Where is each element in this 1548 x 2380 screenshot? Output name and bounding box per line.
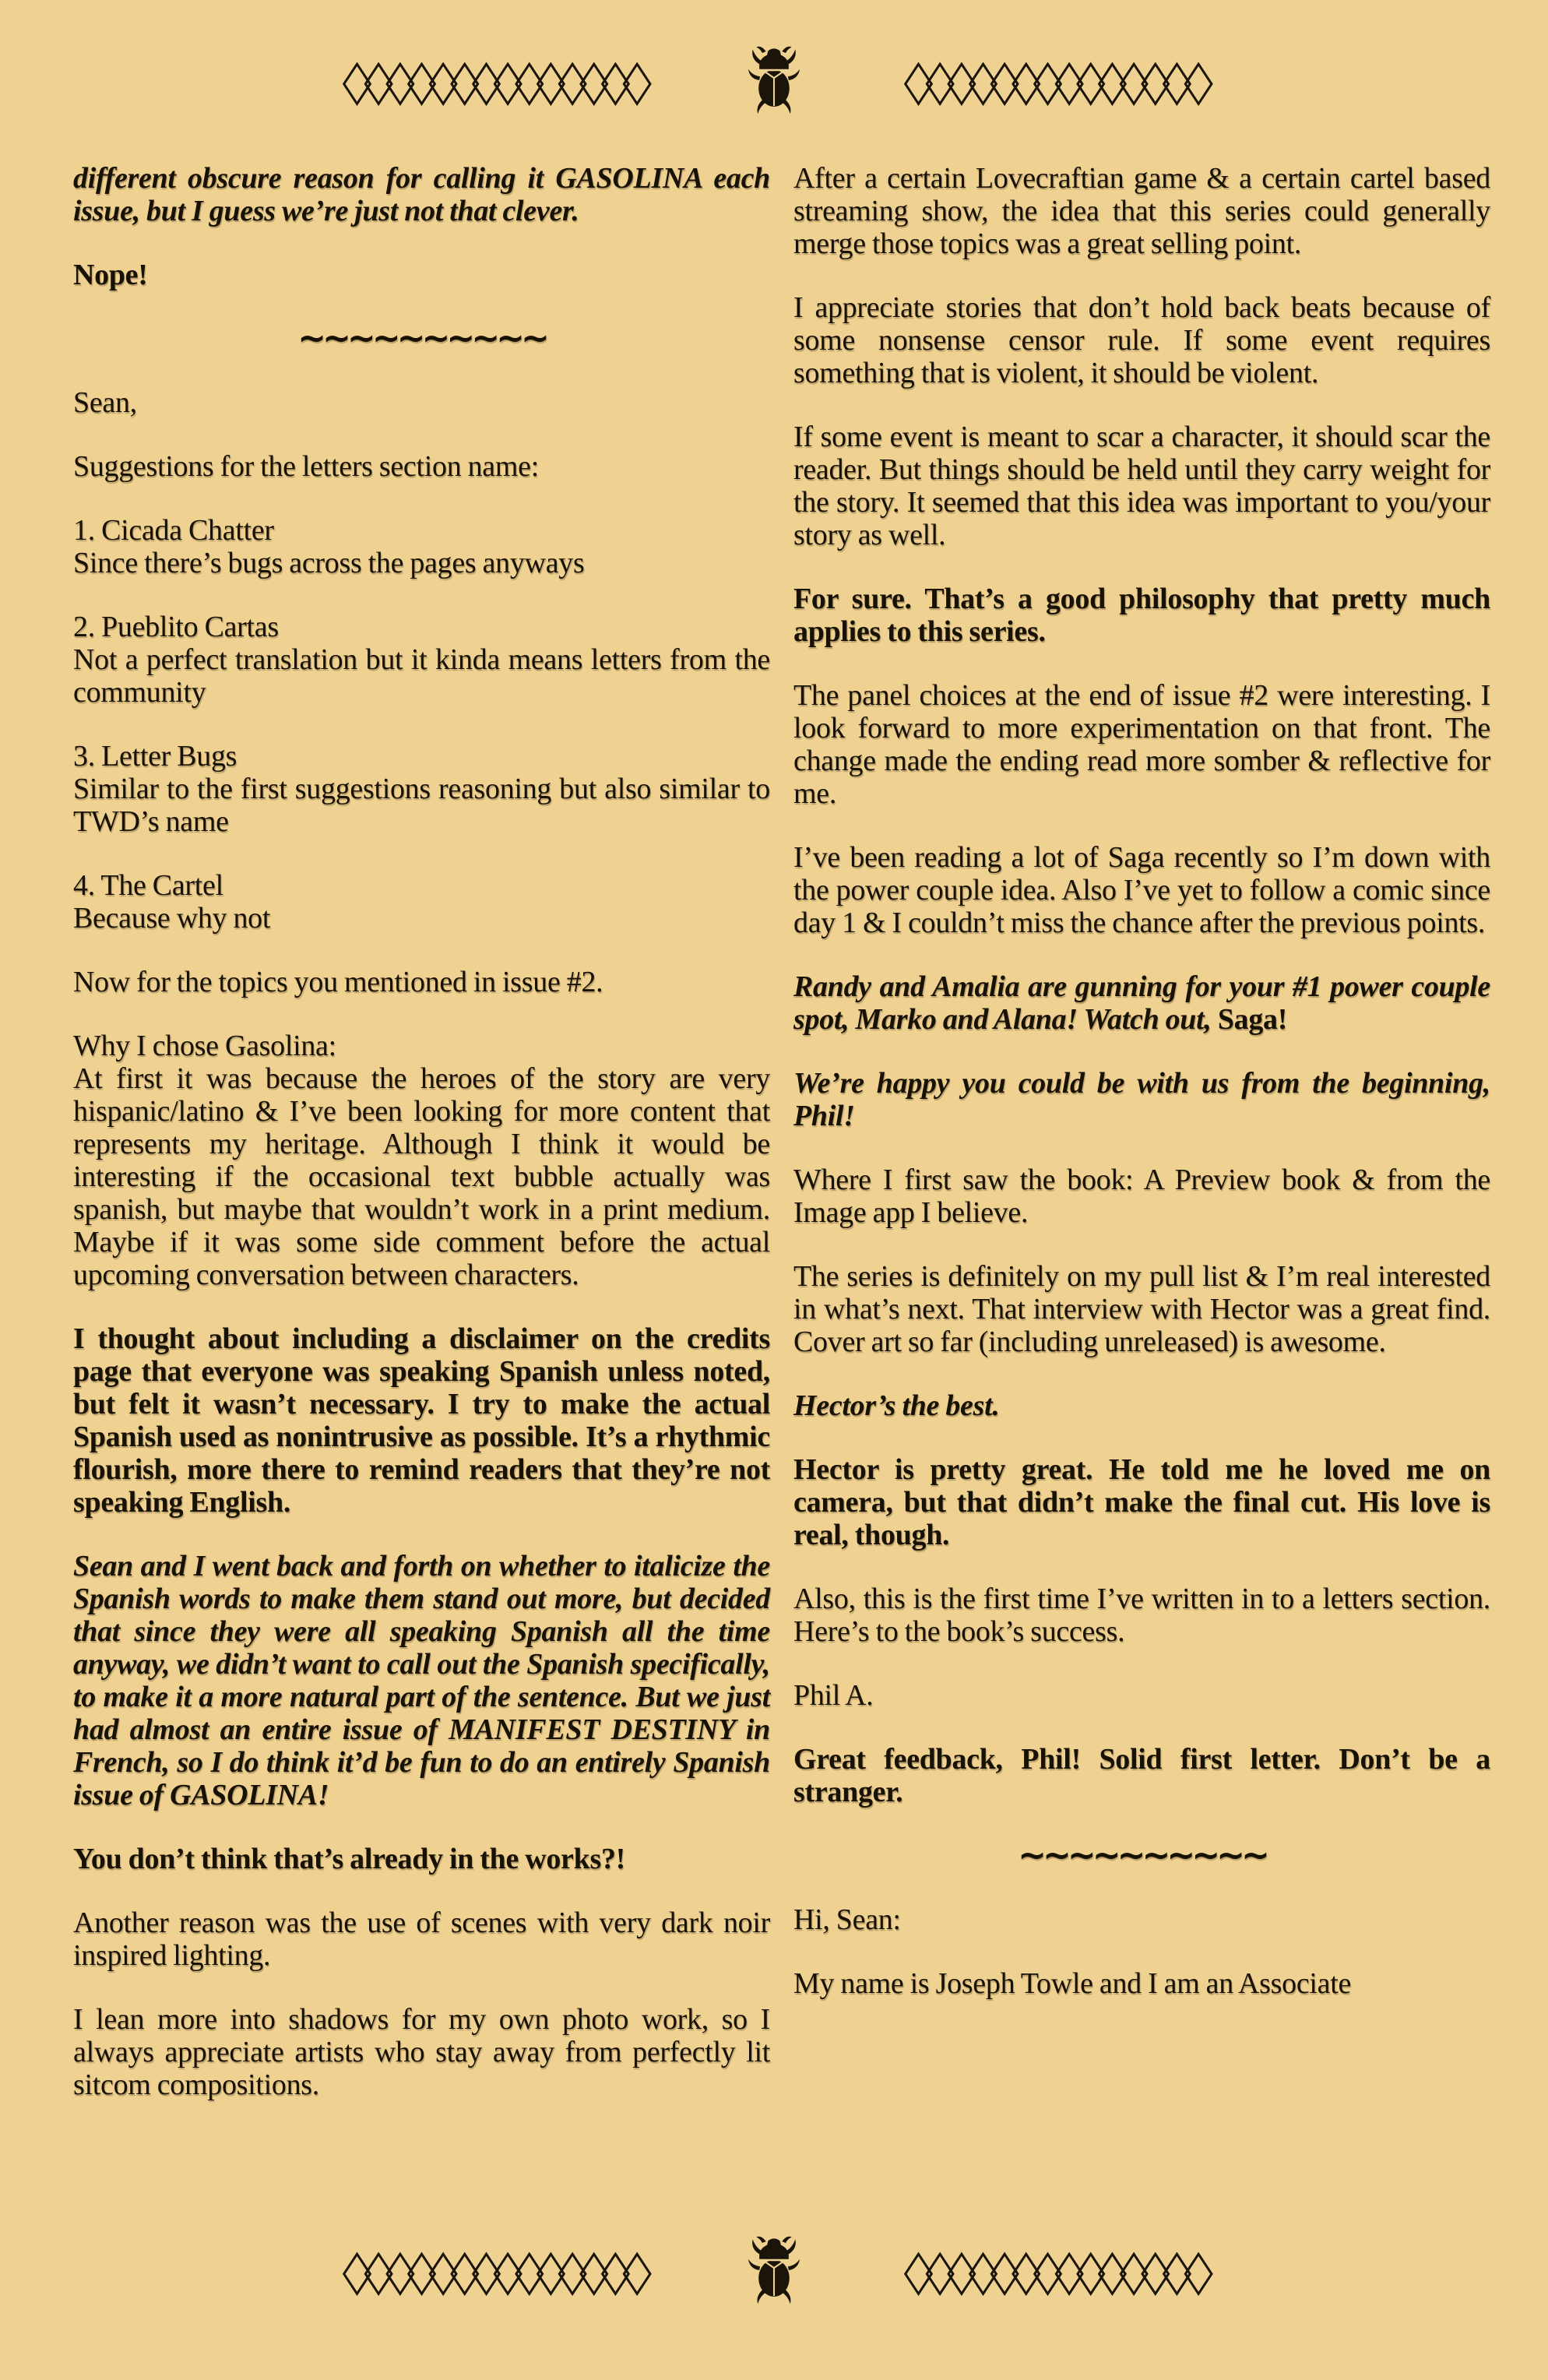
letter-paragraph: 3. Letter BugsSimilar to the first sugge… xyxy=(73,740,770,838)
letter-paragraph: 4. The CartelBecause why not xyxy=(73,869,770,935)
diamond-chain-right: ◇◇◇◇◇◇◇◇◇◇◇◇◇◇ xyxy=(904,51,1205,108)
diamond-chain-left: ◇◇◇◇◇◇◇◇◇◇◇◇◇◇ xyxy=(343,51,644,108)
letter-paragraph: The panel choices at the end of issue #2… xyxy=(793,679,1490,810)
left-column: different obscure reason for calling it … xyxy=(73,162,770,2132)
letter-paragraph: Phil A. xyxy=(793,1679,1490,1712)
bottom-border: ◇◇◇◇◇◇◇◇◇◇◇◇◇◇ ◇◇◇◇◇◇◇◇◇◇◇◇◇◇ xyxy=(0,2234,1548,2305)
letter-paragraph: 1. Cicada ChatterSince there’s bugs acro… xyxy=(73,514,770,579)
letter-paragraph: Hector is pretty great. He told me he lo… xyxy=(793,1453,1490,1551)
letter-paragraph: Randy and Amalia are gunning for your #1… xyxy=(793,970,1490,1036)
letter-paragraph: My name is Joseph Towle and I am an Asso… xyxy=(793,1967,1490,2000)
letter-paragraph: Great feedback, Phil! Solid first letter… xyxy=(793,1743,1490,1808)
letter-paragraph: Also, this is the first time I’ve writte… xyxy=(793,1583,1490,1648)
letters-section: different obscure reason for calling it … xyxy=(73,162,1491,2132)
letter-paragraph: Sean and I went back and forth on whethe… xyxy=(73,1550,770,1811)
letter-paragraph: I thought about including a disclaimer o… xyxy=(73,1322,770,1519)
section-divider: ~~~~~~~~~~ xyxy=(73,322,770,355)
letter-paragraph: Sean, xyxy=(73,386,770,419)
letter-paragraph: Hi, Sean: xyxy=(793,1903,1490,1936)
letter-paragraph: I’ve been reading a lot of Saga recently… xyxy=(793,841,1490,939)
scarab-beetle-icon xyxy=(748,44,800,115)
diamond-chain-left: ◇◇◇◇◇◇◇◇◇◇◇◇◇◇ xyxy=(343,2241,644,2298)
letter-paragraph: Nope! xyxy=(73,259,770,291)
letter-paragraph: I lean more into shadows for my own phot… xyxy=(73,2003,770,2101)
letter-paragraph: Why I chose Gasolina:At first it was bec… xyxy=(73,1030,770,1291)
letter-paragraph: Hector’s the best. xyxy=(793,1389,1490,1422)
letter-paragraph: Now for the topics you mentioned in issu… xyxy=(73,966,770,998)
diamond-chain-right: ◇◇◇◇◇◇◇◇◇◇◇◇◇◇ xyxy=(904,2241,1205,2298)
right-column: After a certain Lovecraftian game & a ce… xyxy=(793,162,1490,2132)
letter-paragraph: You don’t think that’s already in the wo… xyxy=(73,1843,770,1875)
letter-paragraph: After a certain Lovecraftian game & a ce… xyxy=(793,162,1490,260)
top-border: ◇◇◇◇◇◇◇◇◇◇◇◇◇◇ ◇◇◇◇◇◇◇◇◇◇◇◇◇◇ xyxy=(0,44,1548,115)
page: { "page": { "background_color": "#EFD291… xyxy=(0,0,1548,2380)
letter-paragraph: For sure. That’s a good philosophy that … xyxy=(793,583,1490,648)
letter-paragraph: The series is definitely on my pull list… xyxy=(793,1260,1490,1358)
letter-paragraph: Another reason was the use of scenes wit… xyxy=(73,1906,770,1972)
letter-paragraph: Suggestions for the letters section name… xyxy=(73,450,770,483)
letter-paragraph: different obscure reason for calling it … xyxy=(73,162,770,227)
section-divider: ~~~~~~~~~~ xyxy=(793,1840,1490,1872)
letter-paragraph: I appreciate stories that don’t hold bac… xyxy=(793,291,1490,389)
scarab-beetle-icon xyxy=(748,2234,800,2305)
letter-paragraph: If some event is meant to scar a charact… xyxy=(793,421,1490,551)
letter-paragraph: 2. Pueblito CartasNot a perfect translat… xyxy=(73,611,770,709)
letter-paragraph: We’re happy you could be with us from th… xyxy=(793,1067,1490,1132)
letter-paragraph: Where I first saw the book: A Preview bo… xyxy=(793,1164,1490,1229)
